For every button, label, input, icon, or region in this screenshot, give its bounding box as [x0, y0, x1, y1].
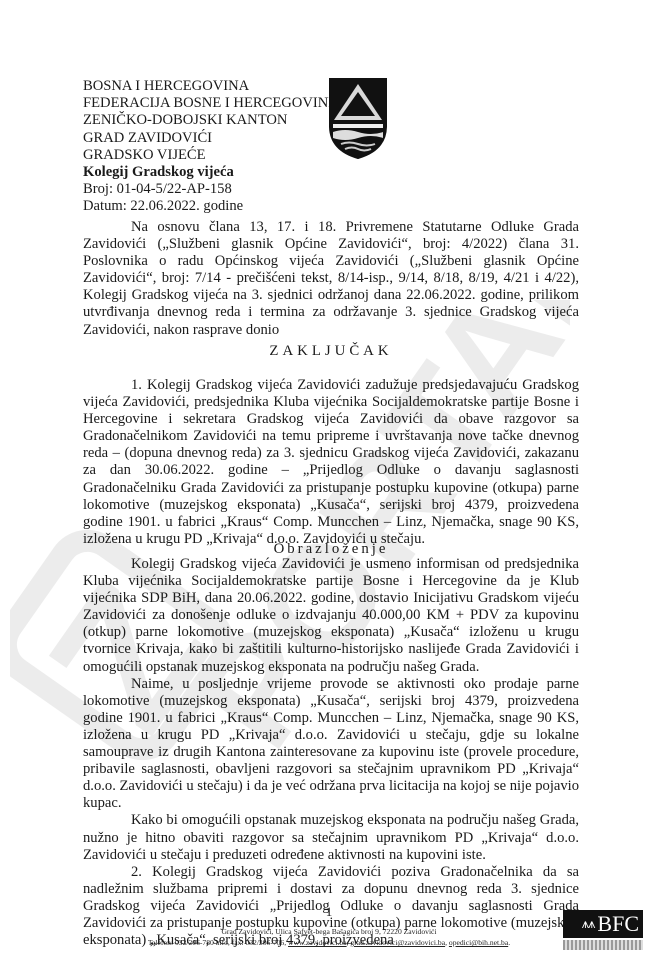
page-footer: Grad Zavidovići, Ulica Safvet-bega Bašag…: [0, 926, 658, 948]
bfc-logo-text: BFC: [597, 911, 639, 937]
conclusion-point-1: 1. Kolegij Gradskog vijeća Zavidovići za…: [83, 377, 579, 548]
page-number: 1: [0, 904, 658, 920]
footer-phone-fax: Telefon: 032/206-780 info, fax: 032/206-…: [148, 938, 288, 947]
reasoning-paragraph: Kolegij Gradskog vijeća Zavidovići je us…: [83, 556, 579, 676]
conclusion-section: 1. Kolegij Gradskog vijeća Zavidovići za…: [83, 377, 579, 548]
footer-suffix: .: [508, 938, 510, 947]
conclusion-title: ZAKLJUČAK: [83, 343, 579, 360]
footer-link-website[interactable]: www.zavidovici.ba: [288, 938, 347, 947]
preamble-text: Na osnovu člana 13, 17. i 18. Privremene…: [83, 219, 579, 339]
footer-link-email-city[interactable]: grad.zavidovici@zavidovici.ba: [350, 938, 445, 947]
header-line-council: GRADSKO VIJEĆE: [83, 147, 337, 164]
reasoning-section: Kolegij Gradskog vijeća Zavidovići je us…: [83, 556, 579, 949]
footer-link-email-opedici[interactable]: opedici@bih.net.ba: [449, 938, 508, 947]
footer-contact: Telefon: 032/206-780 info, fax: 032/206-…: [0, 937, 658, 948]
preamble: Na osnovu člana 13, 17. i 18. Privremene…: [83, 219, 579, 339]
header-document-number: Broj: 01-04-5/22-AP-158: [83, 181, 337, 198]
header-line-canton: ZENIČKO-DOBOJSKI KANTON: [83, 112, 337, 129]
bfc-logo-caption: [563, 940, 643, 950]
reasoning-paragraph: Naime, u posljednje vrijeme provode se a…: [83, 676, 579, 813]
header-line-city: GRAD ZAVIDOVIĆI: [83, 130, 337, 147]
city-crest-icon: [327, 76, 389, 160]
header-body-name: Kolegij Gradskog vijeća: [83, 164, 337, 181]
header-line-country: BOSNA I HERCEGOVINA: [83, 78, 337, 95]
document-page: Z PORTAL BOSNA I HERCEGOVINA FEDERACIJA …: [0, 0, 658, 960]
bfc-logo-top: ⩚⩚ BFC: [563, 910, 643, 938]
document-header: BOSNA I HERCEGOVINA FEDERACIJA BOSNE I H…: [83, 78, 337, 216]
header-line-federation: FEDERACIJA BOSNE I HERCEGOVINE: [83, 95, 337, 112]
header-document-date: Datum: 22.06.2022. godine: [83, 198, 337, 215]
footer-address: Grad Zavidovići, Ulica Safvet-bega Bašag…: [0, 926, 658, 937]
reasoning-paragraph: Kako bi omogućili opstanak muzejskog eks…: [83, 812, 579, 863]
bfc-building-icon: ⩚⩚: [582, 916, 595, 932]
bfc-logo: ⩚⩚ BFC: [563, 910, 643, 952]
